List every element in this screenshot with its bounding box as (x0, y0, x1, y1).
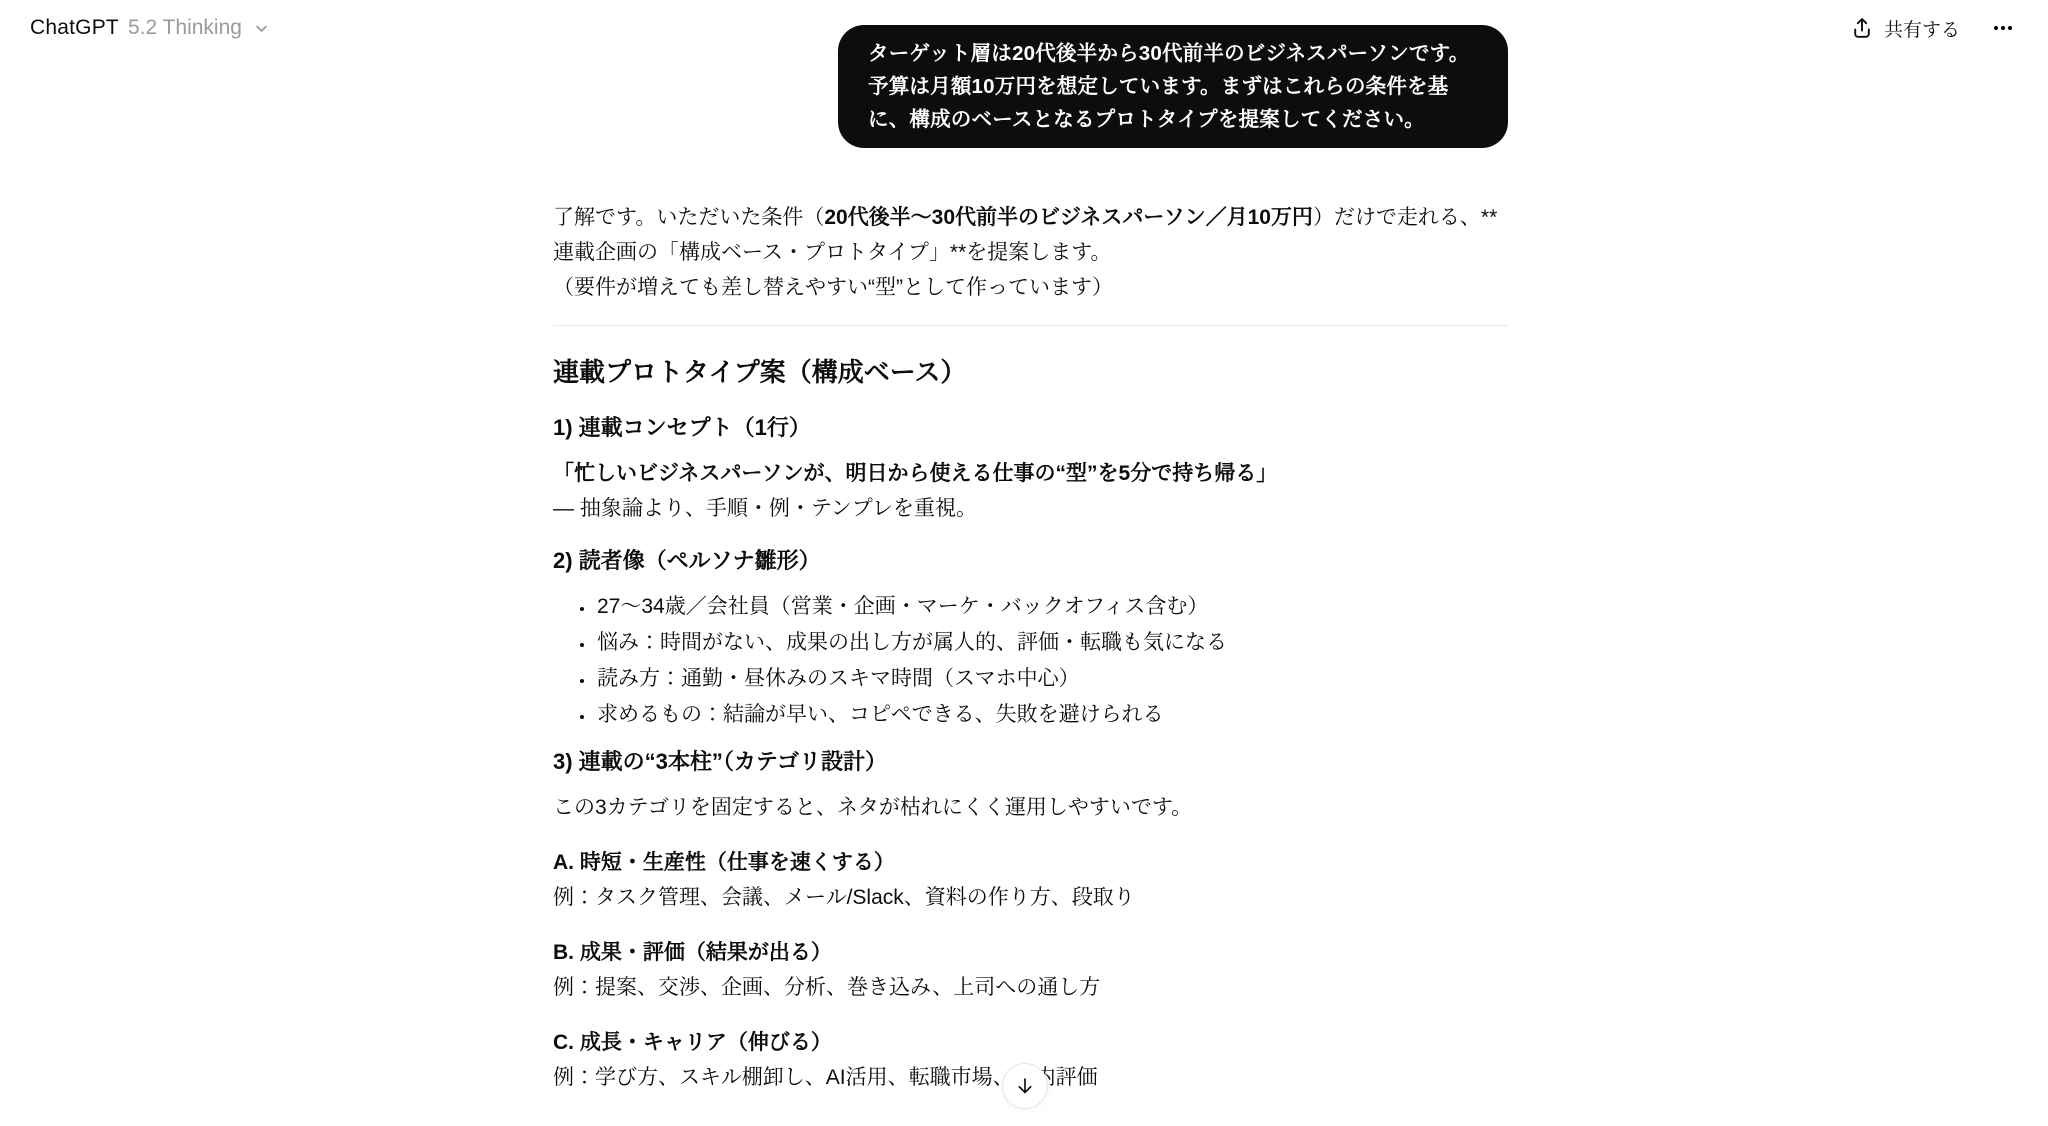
arrow-down-icon (1014, 1075, 1036, 1097)
bullet-list: 27〜34歳／会社員（営業・企画・マーケ・バックオフィス含む）悩み：時間がない、… (553, 589, 1508, 733)
conversation: ターゲット層は20代後半から30代前半のビジネスパーソンです。予算は月額10万円… (553, 25, 1508, 1095)
model-label: 5.2 Thinking (128, 16, 242, 40)
list-item: 求めるもの：結論が早い、コピペできる、失敗を避けられる (595, 697, 1508, 733)
subsection-heading: 3) 連載の“3本柱”（カテゴリ設計） (553, 747, 1508, 777)
subsection-heading: 1) 連載コンセプト（1行） (553, 413, 1508, 443)
paragraph: B. 成果・評価（結果が出る）例：提案、交渉、企画、分析、巻き込み、上司への通し… (553, 935, 1508, 1005)
text-run: — 抽象論より、手順・例・テンプレを重視。 (553, 497, 977, 520)
text-run: 例：タスク管理、会議、メール/Slack、資料の作り方、段取り (553, 886, 1135, 909)
share-button[interactable]: 共有する (1840, 7, 1970, 50)
scroll-to-bottom-button[interactable] (1002, 1063, 1048, 1109)
list-item: 悩み：時間がない、成果の出し方が属人的、評価・転職も気になる (595, 625, 1508, 661)
share-label: 共有する (1884, 15, 1960, 42)
header-actions: 共有する (1840, 7, 2022, 50)
list-item: 27〜34歳／会社員（営業・企画・マーケ・バックオフィス含む） (595, 589, 1508, 625)
section-heading: 連載プロトタイプ案（構成ベース） (553, 355, 1508, 389)
more-options-button[interactable] (1984, 7, 2022, 49)
app-title: ChatGPT (30, 16, 119, 40)
bold-text-run: B. 成果・評価（結果が出る） (553, 941, 832, 964)
text-run: 了解です。いただいた条件（ (553, 206, 824, 229)
model-switcher[interactable]: ChatGPT 5.2 Thinking (30, 12, 276, 44)
paragraph: A. 時短・生産性（仕事を速くする）例：タスク管理、会議、メール/Slack、資… (553, 845, 1508, 915)
bold-text-run: 20代後半〜30代前半のビジネスパーソン／月10万円 (824, 206, 1313, 229)
paragraph: この3カテゴリを固定すると、ネタが枯れにくく運用しやすいです。 (553, 790, 1508, 825)
chevron-down-icon (253, 20, 270, 37)
ellipsis-icon (1990, 15, 2016, 41)
paragraph: 了解です。いただいた条件（20代後半〜30代前半のビジネスパーソン／月10万円）… (553, 200, 1508, 305)
paragraph: 「忙しいビジネスパーソンが、明日から使える仕事の“型”を5分で持ち帰る」— 抽象… (553, 456, 1508, 526)
subsection-heading: 2) 読者像（ペルソナ雛形） (553, 546, 1508, 576)
chat-header: ChatGPT 5.2 Thinking 共有する (0, 0, 2048, 56)
text-run: この3カテゴリを固定すると、ネタが枯れにくく運用しやすいです。 (553, 796, 1192, 819)
bold-text-run: 「忙しいビジネスパーソンが、明日から使える仕事の“型”を5分で持ち帰る」 (553, 462, 1277, 485)
bold-text-run: A. 時短・生産性（仕事を速くする） (553, 851, 895, 874)
divider (553, 325, 1508, 326)
list-item: 読み方：通勤・昼休みのスキマ時間（スマホ中心） (595, 661, 1508, 697)
bold-text-run: C. 成長・キャリア（伸びる） (553, 1031, 832, 1054)
assistant-message: 了解です。いただいた条件（20代後半〜30代前半のビジネスパーソン／月10万円）… (553, 200, 1508, 1095)
text-run: 例：提案、交渉、企画、分析、巻き込み、上司への通し方 (553, 976, 1100, 999)
text-run: （要件が増えても差し替えやすい“型”として作っています） (553, 276, 1113, 299)
share-upload-icon (1850, 16, 1874, 40)
